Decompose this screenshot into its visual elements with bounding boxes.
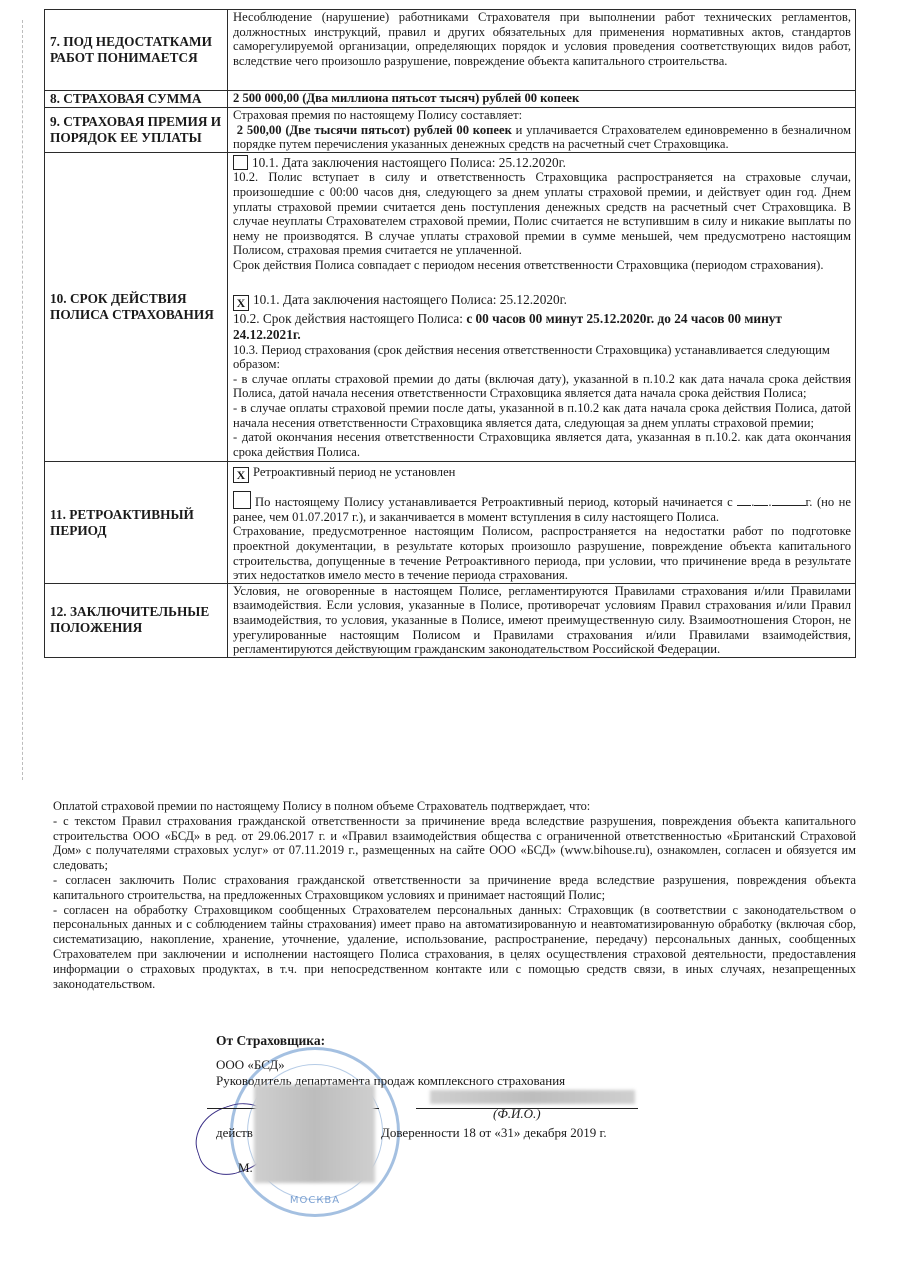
seal-place-label: М. <box>238 1160 253 1176</box>
redacted-fio <box>430 1090 635 1104</box>
section-7: 7. ПОД НЕДОСТАТКАМИ РАБОТ ПОНИМАЕТСЯ Нес… <box>45 10 856 91</box>
section-9-label: 9. СТРАХОВАЯ ПРЕМИЯ И ПОРЯДОК ЕЕ УПЛАТЫ <box>45 108 228 153</box>
section-10: 10. СРОК ДЕЙСТВИЯ ПОЛИСА СТРАХОВАНИЯ 10.… <box>45 152 856 462</box>
power-of-attorney: Доверенности 18 от «31» декабря 2019 г. <box>381 1125 607 1141</box>
insured-sum: 2 500 000,00 (Два миллиона пятьсот тысяч… <box>228 91 856 108</box>
section-7-label: 7. ПОД НЕДОСТАТКАМИ РАБОТ ПОНИМАЕТСЯ <box>45 10 228 91</box>
section-7-text: Несоблюдение (нарушение) работниками Стр… <box>228 10 856 91</box>
confirmation-intro: Оплатой страховой премии по настоящему П… <box>53 799 856 814</box>
confirmation-block: Оплатой страховой премии по настоящему П… <box>53 799 856 991</box>
section-8: 8. СТРАХОВАЯ СУММА 2 500 000,00 (Два мил… <box>45 91 856 108</box>
section-10-text: 10.1. Дата заключения настоящего Полиса:… <box>228 152 856 462</box>
retro-set: По настоящему Полису устанавливается Рет… <box>233 491 851 524</box>
option-b-date: X10.1. Дата заключения настоящего Полиса… <box>233 293 851 311</box>
retro-day-blank[interactable] <box>737 505 751 506</box>
section-12-text: Условия, не оговоренные в настоящем Поли… <box>228 583 856 657</box>
section-12: 12. ЗАКЛЮЧИТЕЛЬНЫЕ ПОЛОЖЕНИЯ Условия, не… <box>45 583 856 657</box>
option-b-period-intro: 10.3. Период страхования (срок действия … <box>233 343 851 372</box>
section-12-label: 12. ЗАКЛЮЧИТЕЛЬНЫЕ ПОЛОЖЕНИЯ <box>45 583 228 657</box>
section-11-text: XРетроактивный период не установлен По н… <box>228 462 856 584</box>
confirmation-item: - с текстом Правил страхования гражданск… <box>53 814 856 873</box>
policy-table: 7. ПОД НЕДОСТАТКАМИ РАБОТ ПОНИМАЕТСЯ Нес… <box>44 9 856 658</box>
section-9: 9. СТРАХОВАЯ ПРЕМИЯ И ПОРЯДОК ЕЕ УПЛАТЫ … <box>45 108 856 153</box>
insurer-company: ООО «БСД» <box>216 1057 565 1073</box>
stamp-city: МОСКВА <box>233 1195 397 1206</box>
option-a-period: Срок действия Полиса совпадает с периодо… <box>233 258 851 273</box>
section-9-text: Страховая премия по настоящему Полису со… <box>228 108 856 153</box>
section-8-label: 8. СТРАХОВАЯ СУММА <box>45 91 228 108</box>
scan-edge <box>22 20 23 780</box>
premium-payment: 2 500,00 (Две тысячи пятьсот) рублей 00 … <box>233 123 851 152</box>
acting-prefix: действ <box>216 1125 253 1141</box>
retro-set-checkbox[interactable] <box>233 491 251 509</box>
option-b-bullet-3: - датой окончания несения ответственност… <box>233 430 851 459</box>
retro-not-set-checkbox[interactable]: X <box>233 467 249 483</box>
option-a-checkbox[interactable] <box>233 155 248 170</box>
option-b-bullet-2: - в случае оплаты страховой премии после… <box>233 401 851 430</box>
confirmation-item: - согласен заключить Полис страхования г… <box>53 873 856 903</box>
retro-not-set: XРетроактивный период не установлен <box>233 465 851 483</box>
section-11: 11. РЕТРОАКТИВНЫЙ ПЕРИОД XРетроактивный … <box>45 462 856 584</box>
section-11-label: 11. РЕТРОАКТИВНЫЙ ПЕРИОД <box>45 462 228 584</box>
section-10-label: 10. СРОК ДЕЙСТВИЯ ПОЛИСА СТРАХОВАНИЯ <box>45 152 228 462</box>
insurer-signature-block: От Страховщика: ООО «БСД» Руководитель д… <box>216 1033 565 1089</box>
option-b-checkbox[interactable]: X <box>233 295 249 311</box>
confirmation-item: - согласен на обработку Страховщиком соо… <box>53 903 856 992</box>
option-b-bullet-1: - в случае оплаты страховой премии до да… <box>233 372 851 401</box>
retro-coverage: Страхование, предусмотренное настоящим П… <box>233 524 851 582</box>
premium-intro: Страховая премия по настоящему Полису со… <box>233 108 851 123</box>
from-insurer-label: От Страховщика: <box>216 1033 565 1049</box>
retro-year-blank[interactable] <box>772 505 806 506</box>
redacted-signer-name <box>254 1085 375 1183</box>
retro-month-blank[interactable] <box>754 505 768 506</box>
option-a-effect: 10.2. Полис вступает в силу и ответствен… <box>233 170 851 258</box>
option-b-term: 10.2. Срок действия настоящего Полиса: с… <box>233 311 851 343</box>
option-a-date: 10.1. Дата заключения настоящего Полиса:… <box>233 155 851 171</box>
premium-amount: 2 500,00 (Две тысячи пятьсот) рублей 00 … <box>237 123 512 137</box>
fio-caption: (Ф.И.О.) <box>493 1106 541 1122</box>
